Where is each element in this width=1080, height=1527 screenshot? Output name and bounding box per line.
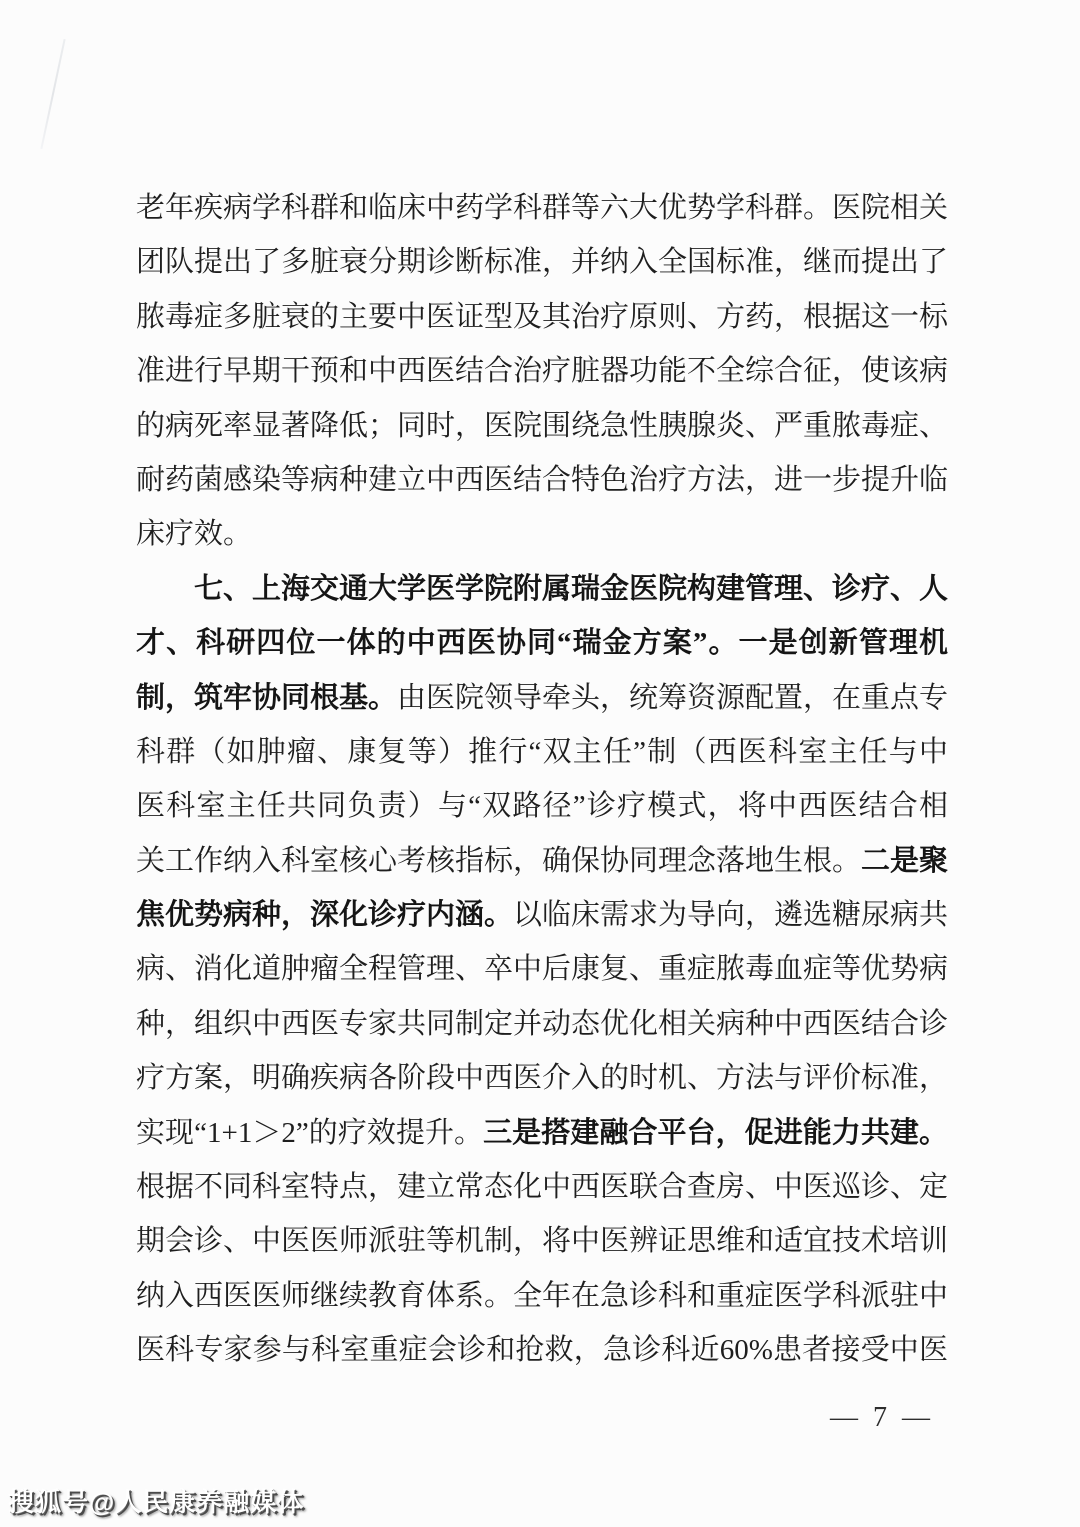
text-segment: 的病死率显著降低；同时，医院围绕急性胰腺炎、严重脓毒症、	[136, 410, 948, 442]
text-line: 病、消化道肿瘤全程管理、卒中后康复、重症脓毒血症等优势病	[136, 942, 948, 996]
text-line: 种，组织中西医专家共同制定并动态优化相关病种中西医结合诊	[136, 997, 948, 1051]
text-line: 实现“1+1＞2”的疗效提升。三是搭建融合平台，促进能力共建。	[136, 1106, 948, 1160]
text-segment: 脓毒症多脏衰的主要中医证型及其治疗原则、方药，根据这一标	[136, 301, 948, 333]
text-segment: 焦优势病种，深化诊疗内涵。	[136, 899, 513, 931]
text-segment: 种，组织中西医专家共同制定并动态优化相关病种中西医结合诊	[136, 1008, 948, 1040]
text-segment: 七、上海交通大学医学院附属瑞金医院构建管理、诊疗、人	[194, 573, 948, 605]
text-line: 焦优势病种，深化诊疗内涵。以临床需求为导向，遴选糖尿病共	[136, 888, 948, 942]
text-line: 的病死率显著降低；同时，医院围绕急性胰腺炎、严重脓毒症、	[136, 399, 948, 453]
text-line: 脓毒症多脏衰的主要中医证型及其治疗原则、方药，根据这一标	[136, 290, 948, 344]
text-segment: 关工作纳入科室核心考核指标，确保协同理念落地生根。	[136, 845, 861, 877]
text-line: 根据不同科室特点，建立常态化中西医联合查房、中医巡诊、定	[136, 1160, 948, 1214]
text-segment: 才、科研四位一体的中西医协同“瑞金方案”。一是创新管理机	[136, 627, 948, 659]
text-segment: 期会诊、中医医师派驻等机制，将中医辨证思维和适宜技术培训	[136, 1225, 948, 1257]
scan-artifact	[40, 39, 65, 149]
text-line: 医科室主任共同负责）与“双路径”诊疗模式，将中西医结合相	[136, 779, 948, 833]
text-segment: 实现“1+1＞2”的疗效提升。	[136, 1117, 483, 1149]
watermark-sohu: 搜狐号@人民康养融媒体	[8, 1482, 304, 1519]
text-segment: 老年疾病学科群和临床中药学科群等六大优势学科群。医院相关	[136, 192, 948, 224]
text-line: 准进行早期干预和中西医结合治疗脏器功能不全综合征，使该病	[136, 344, 948, 398]
text-segment: 三是搭建融合平台，促进能力共建。	[483, 1117, 948, 1149]
text-segment: 由医院领导牵头，统筹资源配置，在重点专	[397, 682, 948, 714]
text-segment: 医科专家参与科室重症会诊和抢救，急诊科近60%患者接受中医	[136, 1334, 948, 1366]
text-line: 纳入西医医师继续教育体系。全年在急诊科和重症医学科派驻中	[136, 1269, 948, 1323]
text-segment: 制，筑牢协同根基。	[136, 682, 397, 714]
text-line: 期会诊、中医医师派驻等机制，将中医辨证思维和适宜技术培训	[136, 1214, 948, 1268]
scanned-document-page: 老年疾病学科群和临床中药学科群等六大优势学科群。医院相关团队提出了多脏衰分期诊断…	[0, 0, 1080, 1527]
text-line: 关工作纳入科室核心考核指标，确保协同理念落地生根。二是聚	[136, 834, 948, 888]
text-segment: 耐药菌感染等病种建立中西医结合特色治疗方法，进一步提升临	[136, 464, 948, 496]
text-segment: 准进行早期干预和中西医结合治疗脏器功能不全综合征，使该病	[136, 355, 948, 387]
body-text: 老年疾病学科群和临床中药学科群等六大优势学科群。医院相关团队提出了多脏衰分期诊断…	[136, 181, 948, 1378]
text-line: 医科专家参与科室重症会诊和抢救，急诊科近60%患者接受中医	[136, 1323, 948, 1377]
text-line: 团队提出了多脏衰分期诊断标准，并纳入全国标准，继而提出了	[136, 235, 948, 289]
text-line: 床疗效。	[136, 507, 948, 561]
text-segment: 纳入西医医师继续教育体系。全年在急诊科和重症医学科派驻中	[136, 1280, 948, 1312]
text-segment: 以临床需求为导向，遴选糖尿病共	[513, 899, 948, 931]
text-segment: 团队提出了多脏衰分期诊断标准，并纳入全国标准，继而提出了	[136, 246, 948, 278]
text-line: 耐药菌感染等病种建立中西医结合特色治疗方法，进一步提升临	[136, 453, 948, 507]
text-segment: 疗方案，明确疾病各阶段中西医介入的时机、方法与评价标准，	[136, 1062, 948, 1094]
text-segment: 病、消化道肿瘤全程管理、卒中后康复、重症脓毒血症等优势病	[136, 953, 948, 985]
text-segment: 根据不同科室特点，建立常态化中西医联合查房、中医巡诊、定	[136, 1171, 948, 1203]
text-line: 才、科研四位一体的中西医协同“瑞金方案”。一是创新管理机	[136, 616, 948, 670]
text-line: 老年疾病学科群和临床中药学科群等六大优势学科群。医院相关	[136, 181, 948, 235]
text-line: 七、上海交通大学医学院附属瑞金医院构建管理、诊疗、人	[136, 562, 948, 616]
page-number: — 7 —	[812, 1402, 952, 1434]
text-segment: 二是聚	[861, 845, 948, 877]
text-segment: 床疗效。	[136, 518, 252, 550]
text-segment: 医科室主任共同负责）与“双路径”诊疗模式，将中西医结合相	[136, 790, 948, 822]
text-line: 制，筑牢协同根基。由医院领导牵头，统筹资源配置，在重点专	[136, 671, 948, 725]
text-segment: 科群（如肿瘤、康复等）推行“双主任”制（西医科室主任与中	[136, 736, 948, 768]
text-line: 疗方案，明确疾病各阶段中西医介入的时机、方法与评价标准，	[136, 1051, 948, 1105]
text-line: 科群（如肿瘤、康复等）推行“双主任”制（西医科室主任与中	[136, 725, 948, 779]
